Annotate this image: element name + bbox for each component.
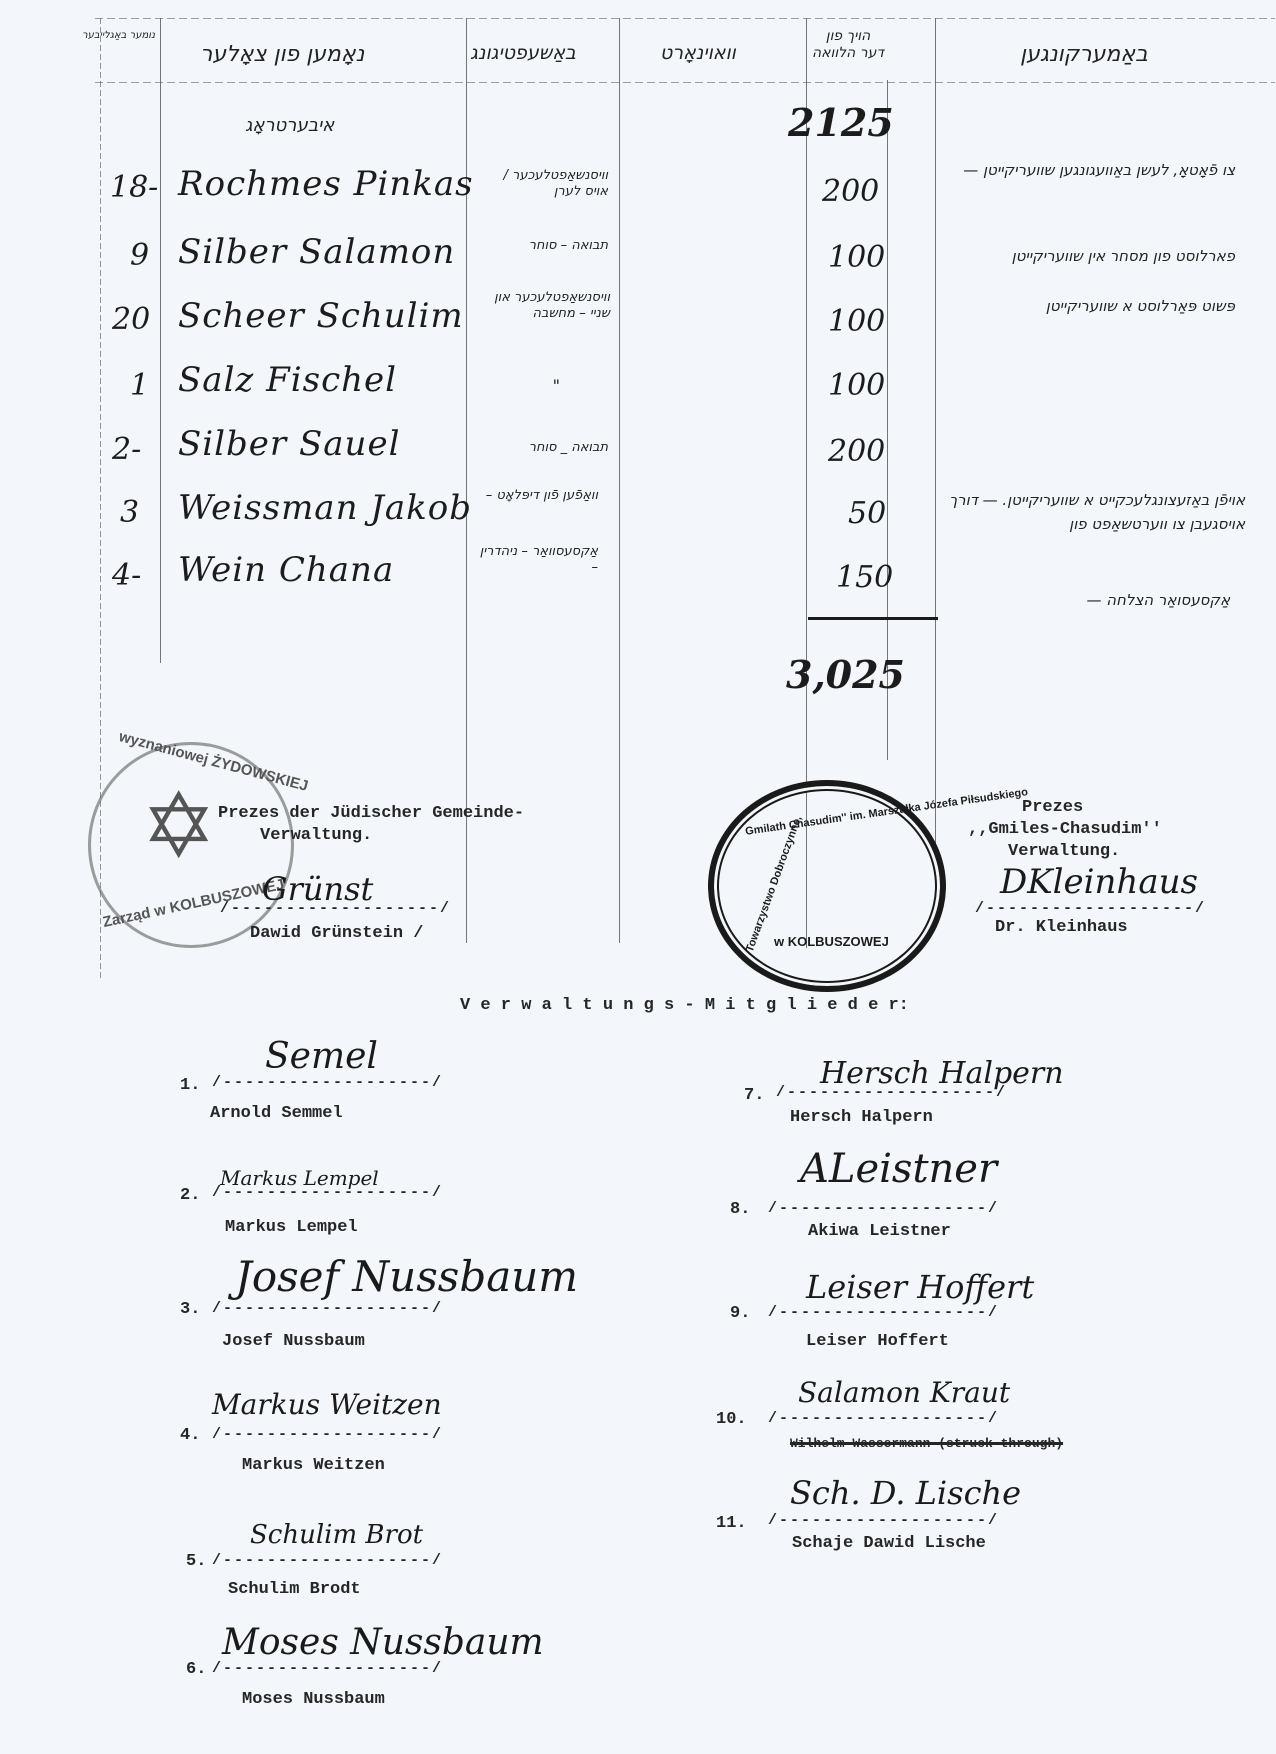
- member-number: 7.: [744, 1086, 764, 1105]
- row-amount: 200: [828, 434, 885, 469]
- member-signature: Semel: [265, 1036, 378, 1077]
- member-name: Markus Weitzen: [242, 1456, 385, 1475]
- member-name: Hersch Halpern: [790, 1108, 933, 1127]
- member-name: Arnold Semmel: [210, 1104, 343, 1123]
- member-signature-line: /-------------------/: [212, 1300, 443, 1317]
- table-top-rule: [95, 18, 1275, 19]
- row-remark: פּשוט פּאַרלוסט א שוועריקייטן: [945, 294, 1235, 318]
- row-amount: 100: [828, 368, 885, 403]
- member-signature-line: /-------------------/: [212, 1074, 443, 1091]
- row-name: Rochmes Pinkas: [178, 164, 474, 204]
- row-name: Silber Sauel: [178, 424, 400, 464]
- column-divider: [160, 18, 161, 663]
- carried-forward-amount: 2125: [788, 100, 894, 145]
- member-name: Schaje Dawid Lische: [792, 1534, 986, 1553]
- member-name: Akiwa Leistner: [808, 1222, 951, 1241]
- member-signature: Salamon Kraut: [798, 1376, 1010, 1409]
- document-page: נומער באַגלייבער נאָמען פון צאָלער באַשע…: [0, 0, 1276, 1754]
- row-number: 3: [120, 495, 139, 530]
- row-occupation: וויסנשאַפטלעכער / אויס לערן: [478, 168, 608, 200]
- member-number: 2.: [180, 1186, 200, 1205]
- row-number: 9: [130, 238, 149, 273]
- row-name: Salz Fischel: [178, 360, 397, 400]
- member-signature-line: /-------------------/: [776, 1084, 1007, 1101]
- row-occupation: ": [540, 378, 560, 394]
- left-signatory-title: Prezes der Jüdischer Gemeinde-: [218, 804, 524, 823]
- column-divider: [935, 18, 936, 918]
- member-signature-line: /-------------------/: [212, 1660, 443, 1677]
- member-number: 9.: [730, 1304, 750, 1323]
- left-signatory-name: Dawid Grünstein /: [250, 924, 423, 943]
- header-rule: [95, 82, 1275, 83]
- member-signature: Schulim Brot: [250, 1520, 423, 1550]
- gmiles-chasudim-stamp: Gmilath Chasudim'' im. Marszałka Józefa …: [708, 780, 946, 992]
- row-number: 1: [130, 368, 149, 403]
- right-signatory-title-2: ,,Gmiles-Chasudim'': [968, 820, 1162, 839]
- member-signature-line: /-------------------/: [212, 1426, 443, 1443]
- carried-forward-label: איבערטראָג: [245, 115, 334, 136]
- row-number: 2-: [112, 432, 141, 467]
- member-signature-line: /-------------------/: [768, 1304, 999, 1321]
- header-remarks: באַמערקונגען: [1020, 42, 1148, 67]
- header-amount: הויך פון דער הלוואה: [812, 28, 884, 62]
- member-signature-line: /-------------------/: [768, 1200, 999, 1217]
- member-name: Wilhelm Wassermann (struck through): [790, 1436, 1063, 1451]
- star-of-david-icon: ✡: [141, 783, 216, 873]
- total-rule: [808, 617, 938, 620]
- header-residence: וואוינאָרט: [660, 42, 736, 64]
- member-number: 11.: [716, 1514, 747, 1533]
- row-occupation: אַקסעסוואַר – ניהדרין –: [478, 544, 598, 576]
- members-heading: V e r w a l t u n g s - M i t g l i e d …: [460, 996, 909, 1015]
- left-signature-line: /-------------------/: [220, 900, 451, 917]
- member-number: 8.: [730, 1200, 750, 1219]
- row-name: Wein Chana: [178, 550, 394, 590]
- column-divider: [619, 18, 620, 943]
- member-signature: Sch. D. Lische: [790, 1474, 1021, 1512]
- member-signature: Moses Nussbaum: [222, 1622, 544, 1663]
- row-amount: 200: [822, 174, 879, 209]
- member-name: Josef Nussbaum: [222, 1332, 365, 1351]
- member-signature: ALeistner: [800, 1146, 997, 1192]
- row-remark: אויפֿן באַזעצונגלעכקייט א שוועריקייטן. —…: [945, 488, 1245, 536]
- member-number: 4.: [180, 1426, 200, 1445]
- member-signature-line: /-------------------/: [768, 1410, 999, 1427]
- left-signatory-title-2: Verwaltung.: [260, 826, 372, 845]
- member-number: 3.: [180, 1300, 200, 1319]
- row-name: Silber Salamon: [178, 232, 455, 272]
- member-signature-line: /-------------------/: [212, 1184, 443, 1201]
- right-signatory-title: Prezes: [1022, 798, 1083, 817]
- header-name: נאָמען פון צאָלער: [200, 42, 364, 67]
- member-number: 1.: [180, 1076, 200, 1095]
- member-number: 6.: [186, 1660, 206, 1679]
- member-name: Markus Lempel: [225, 1218, 358, 1237]
- row-number: 20: [112, 302, 150, 337]
- right-signature-line: /-------------------/: [975, 900, 1206, 917]
- member-name: Schulim Brodt: [228, 1580, 361, 1599]
- member-name: Moses Nussbaum: [242, 1690, 385, 1709]
- member-signature: Josef Nussbaum: [235, 1252, 578, 1301]
- row-occupation: תבואה – סוחר: [478, 238, 608, 254]
- row-amount: 100: [828, 304, 885, 339]
- header-occupation: באַשעפטיגונג: [470, 42, 576, 64]
- row-number: 18-: [110, 170, 158, 205]
- row-occupation: תבואה _ סוחר: [478, 440, 608, 456]
- row-number: 4-: [112, 558, 141, 593]
- row-occupation: וואַפֿען פֿון דיפּלאָט –: [478, 488, 598, 504]
- row-occupation: וויסנשאַפטלעכער און שניי – מחשבה: [470, 290, 610, 322]
- member-signature: Leiser Hoffert: [806, 1268, 1034, 1306]
- right-signatory-name: Dr. Kleinhaus: [995, 918, 1128, 937]
- member-signature: Markus Weitzen: [212, 1388, 442, 1421]
- member-signature-line: /-------------------/: [768, 1512, 999, 1529]
- total-amount: 3,025: [786, 652, 905, 697]
- row-amount: 100: [828, 240, 885, 275]
- member-number: 5.: [186, 1552, 206, 1571]
- community-stamp: ✡ wyznaniowej ŻYDOWSKIEJ Zarząd w KOLBUS…: [88, 742, 294, 948]
- row-name: Scheer Schulim: [178, 296, 464, 336]
- row-remark: פארלוסט פון מסחר אין שוועריקייטן: [945, 244, 1235, 268]
- right-signatory-title-3: Verwaltung.: [1008, 842, 1120, 861]
- stamp-text-bottom: w KOLBUSZOWEJ: [774, 934, 889, 949]
- row-remark: צו פֿאָטאָ, לעשן באַוועגונגען שוועריקייט…: [945, 158, 1235, 182]
- member-name: Leiser Hoffert: [806, 1332, 949, 1351]
- row-name: Weissman Jakob: [178, 488, 472, 528]
- row-amount: 150: [836, 560, 893, 595]
- member-signature-line: /-------------------/: [212, 1552, 443, 1569]
- row-remark: אַקסעסואַר הצלחה —: [1000, 588, 1230, 612]
- member-number: 10.: [716, 1410, 747, 1429]
- header-number: נומער באַגלייבער: [100, 30, 155, 41]
- row-amount: 50: [848, 496, 886, 531]
- right-signature: DKleinhaus: [1000, 862, 1198, 902]
